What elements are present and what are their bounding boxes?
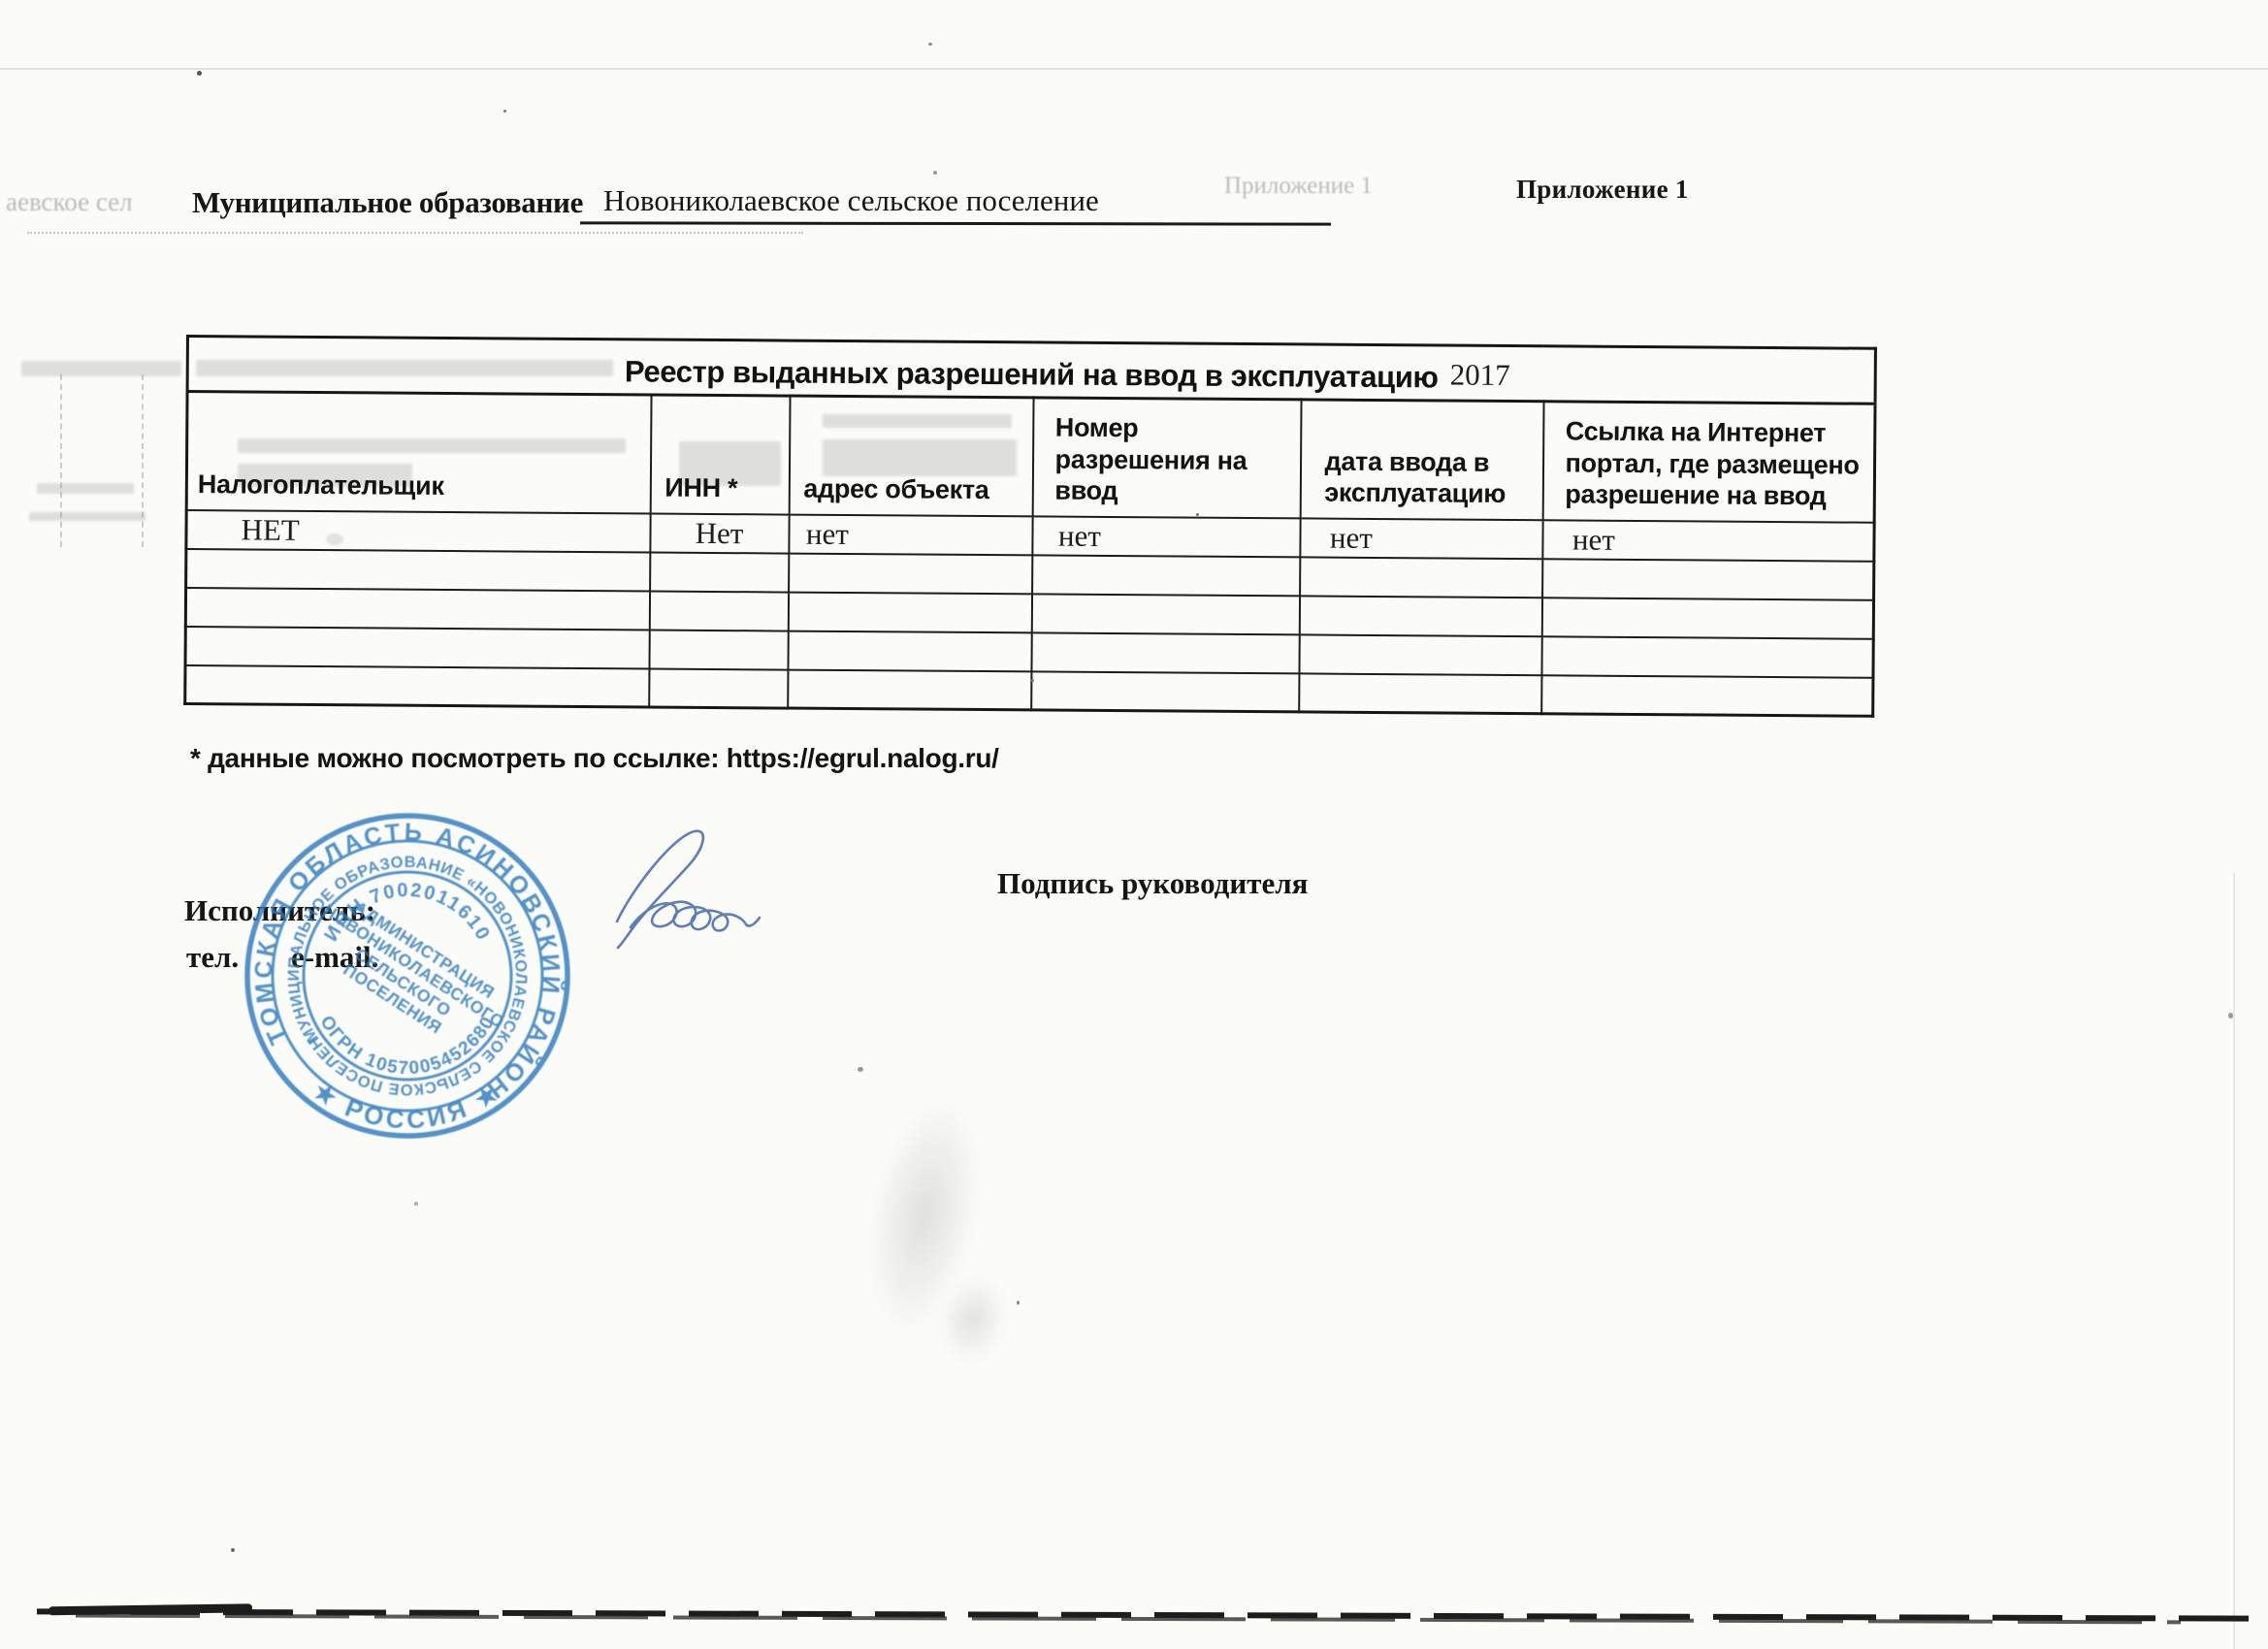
bleed-through-artifact xyxy=(29,512,146,521)
column-header-portal-link: Ссылка на Интернет портал, где размещено… xyxy=(1542,402,1875,523)
column-header-taxpayer: Налогоплательщик xyxy=(186,392,651,514)
dust-speck xyxy=(933,171,937,175)
phone-label: тел. xyxy=(186,940,239,975)
scanned-document-page: аевское сел Приложение 1 Приложение 1 Му… xyxy=(0,0,2268,1649)
cell-taxpayer xyxy=(185,627,649,669)
dust-speck xyxy=(231,1548,235,1552)
bleed-through-artifact xyxy=(21,361,181,376)
dust-speck xyxy=(414,1202,418,1206)
cell-taxpayer xyxy=(186,549,650,592)
column-header-commissioning-date: дата ввода в эксплуатацию xyxy=(1300,400,1543,520)
cell-inn xyxy=(650,552,789,592)
cell-portal-link xyxy=(1541,598,1873,639)
dust-speck xyxy=(503,110,506,113)
cell-taxpayer xyxy=(185,588,649,630)
dust-speck xyxy=(2228,1013,2233,1018)
cell-portal-link: нет xyxy=(1542,520,1874,562)
cell-permit-number xyxy=(1031,671,1299,712)
cell-inn: Нет xyxy=(650,513,789,553)
cell-address xyxy=(788,669,1031,710)
dust-speck xyxy=(858,1067,863,1072)
cell-commissioning-date xyxy=(1299,634,1541,675)
cell-address: нет xyxy=(789,514,1032,555)
cell-address xyxy=(789,553,1032,594)
municipality-value: Новониколаевское сельское поселение xyxy=(603,183,1099,218)
bleed-through-gridline xyxy=(60,374,62,547)
dust-speck xyxy=(1017,1301,1020,1305)
cell-permit-number xyxy=(1032,555,1300,596)
official-round-stamp: ТОМСКАЯ ОБЛАСТЬ АСИНОВСКИЙ РАЙОН ★ РОССИ… xyxy=(241,809,574,1143)
bleed-through-text: Приложение 1 xyxy=(1224,173,1373,200)
cell-inn xyxy=(649,591,788,630)
cell-permit-number: нет xyxy=(1032,516,1300,557)
signature-caption: Подпись руководителя xyxy=(997,866,1308,901)
cell-inn xyxy=(649,630,788,669)
cell-address xyxy=(788,630,1031,671)
column-header-permit-number: Номер разрешения на ввод xyxy=(1032,398,1301,518)
column-header-address: адрес объекта xyxy=(789,396,1033,516)
cell-taxpayer: НЕТ xyxy=(186,510,650,553)
dust-speck xyxy=(1196,513,1199,516)
cell-address xyxy=(788,592,1031,632)
cell-permit-number xyxy=(1031,594,1299,634)
cell-commissioning-date xyxy=(1299,673,1541,714)
cell-commissioning-date xyxy=(1300,557,1542,598)
cell-permit-number xyxy=(1031,632,1299,673)
cell-inn xyxy=(649,668,788,708)
paper-edge-line xyxy=(0,68,2268,70)
scan-smudge xyxy=(326,533,343,545)
dust-speck xyxy=(197,71,202,76)
bleed-through-text: аевское сел xyxy=(6,187,133,217)
registry-table: Реестр выданных разрешений на ввод в экс… xyxy=(183,335,1877,718)
cell-portal-link xyxy=(1541,675,1873,717)
table-year: 2017 xyxy=(1450,358,1510,393)
table-title: Реестр выданных разрешений на ввод в экс… xyxy=(190,342,1873,399)
dust-speck xyxy=(928,43,932,46)
fill-in-rule xyxy=(580,221,1331,225)
cell-portal-link xyxy=(1541,636,1873,678)
cell-portal-link xyxy=(1542,559,1874,600)
footnote: * данные можно посмотреть по ссылке: htt… xyxy=(190,743,999,774)
bleed-through-gridline xyxy=(142,374,144,547)
bleed-through-artifact xyxy=(37,483,134,494)
scanner-edge-bar xyxy=(37,1604,2252,1627)
table-header-row: Налогоплательщик ИНН * адрес объекта Ном… xyxy=(186,392,1875,523)
bleed-through-rule xyxy=(27,232,803,234)
dust-speck xyxy=(1031,679,1034,682)
handwritten-signature xyxy=(588,821,821,952)
cell-taxpayer xyxy=(185,665,649,708)
municipality-label: Муниципальное образование xyxy=(192,185,583,220)
cell-commissioning-date: нет xyxy=(1300,518,1542,559)
column-header-inn: ИНН * xyxy=(650,395,790,514)
appendix-label: Приложение 1 xyxy=(1516,175,1689,205)
paper-edge-line-right xyxy=(2233,873,2235,1649)
cell-commissioning-date xyxy=(1299,596,1541,636)
